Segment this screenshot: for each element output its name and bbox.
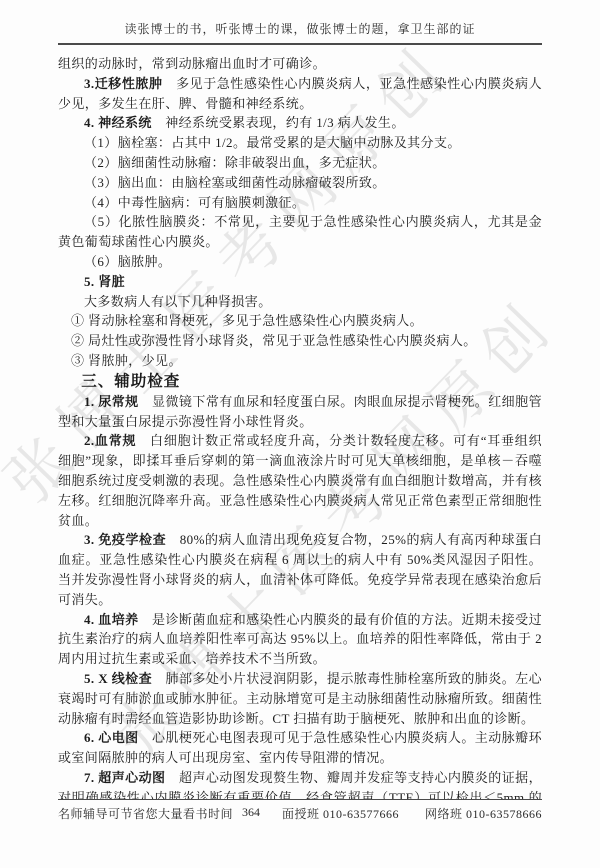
paragraph-lead: 3. 免疫学检查 — [84, 532, 166, 547]
paragraph-lead: 5. 肾脏 — [84, 274, 125, 289]
paragraph-lead: 7. 超声心动图 — [84, 770, 166, 785]
paragraph-numbered: 7. 超声心动图 超声心动图发现赘生物、瓣周并发症等支持心内膜炎的证据，对明确感… — [58, 768, 542, 799]
paragraph-lead: 6. 心电图 — [84, 730, 139, 745]
page-footer: 名师辅导可节省您大量看书时间 364 面授班 010-63577666 网络班 … — [58, 799, 542, 822]
footer-tagline: 名师辅导可节省您大量看书时间 — [58, 805, 242, 822]
paragraph-circled: ② 局灶性或弥漫性肾小球肾炎，常见于亚急性感染性心内膜炎病人。 — [58, 331, 542, 351]
paragraph-numbered: 5. 肾脏 — [58, 272, 542, 292]
document-body: 组织的动脉时，常到动脉瘤出血时才可确诊。3.迁移性脓肿 多见于急性感染性心内膜炎… — [0, 45, 600, 799]
page-header: 读张博士的书，听张博士的课，做张博士的题，拿卫生部的证 — [0, 0, 600, 45]
paragraph-lead: 5. X 线检查 — [84, 671, 152, 686]
paragraph-numbered: 3. 免疫学检查 80%的病人血清出现免疫复合物，25%的病人有高丙种球蛋白血症… — [58, 530, 542, 609]
paragraph-sub: （5）化脓性脑膜炎：不常见，主要见于急性感染性心内膜炎病人，尤其是金黄色葡萄球菌… — [58, 212, 542, 252]
paragraph-numbered: 2.血常规 白细胞计数正常或轻度升高，分类计数轻度左移。可有“耳垂组织细胞”现象… — [58, 431, 542, 530]
paragraph-lead: 2.血常规 — [84, 433, 136, 448]
header-slogan: 读张博士的书，听张博士的课，做张博士的题，拿卫生部的证 — [58, 20, 542, 43]
footer-phone-online: 网络班 010-63578666 — [425, 805, 542, 822]
paragraph-numbered: 3.迁移性脓肿 多见于急性感染性心内膜炎病人，亚急性感染性心内膜炎病人少见，多发… — [58, 74, 542, 114]
paragraph-lead: 4. 神经系统 — [84, 115, 152, 130]
page-number: 364 — [242, 805, 260, 820]
paragraph-numbered: 1. 尿常规 显微镜下常有血尿和轻度蛋白尿。肉眼血尿提示肾梗死。红细胞管型和大量… — [58, 392, 542, 432]
paragraph-lead: 1. 尿常规 — [84, 394, 139, 409]
paragraph-numbered: 6. 心电图 心肌梗死心电图表现可见于急性感染性心内膜炎病人。主动脉瓣环或室间隔… — [58, 728, 542, 768]
paragraph-lead: 4. 血培养 — [84, 612, 139, 627]
paragraph-circled: ③ 肾脓肿，少见。 — [58, 351, 542, 371]
paragraph-sub: （2）脑细菌性动脉瘤：除非破裂出血，多无症状。 — [58, 153, 542, 173]
paragraph-circled: ① 肾动脉栓塞和肾梗死，多见于急性感染性心内膜炎病人。 — [58, 311, 542, 331]
footer-phone-onsite: 面授班 010-63577666 — [282, 805, 399, 822]
paragraph-plain: 大多数病人有以下几种肾损害。 — [58, 292, 542, 312]
paragraph-body: 组织的动脉时，常到动脉瘤出血时才可确诊。 — [58, 54, 542, 74]
paragraph-sub: （3）脑出血：由脑栓塞或细菌性动脉瘤破裂所致。 — [58, 173, 542, 193]
paragraph-numbered: 4. 神经系统 神经系统受累表现，约有 1/3 病人发生。 — [58, 113, 542, 133]
paragraph-sub: （4）中毒性脑病：可有脑膜刺激征。 — [58, 193, 542, 213]
document-page: 张博士医考网原创 张博士医考网原创 读张博士的书，听张博士的课，做张博士的题，拿… — [0, 0, 600, 868]
paragraph-sub: （1）脑栓塞：占其中 1/2。最常受累的是大脑中动脉及其分支。 — [58, 133, 542, 153]
paragraph-section: 三、辅助检查 — [58, 371, 542, 392]
paragraph-sub: （6）脑脓肿。 — [58, 252, 542, 272]
paragraph-numbered: 4. 血培养 是诊断菌血症和感染性心内膜炎的最有价值的方法。近期未接受过抗生素治… — [58, 610, 542, 669]
paragraph-numbered: 5. X 线检查 肺部多处小片状浸润阴影，提示脓毒性肺栓塞所致的肺炎。左心衰竭时… — [58, 669, 542, 728]
paragraph-lead: 3.迁移性脓肿 — [84, 76, 163, 91]
